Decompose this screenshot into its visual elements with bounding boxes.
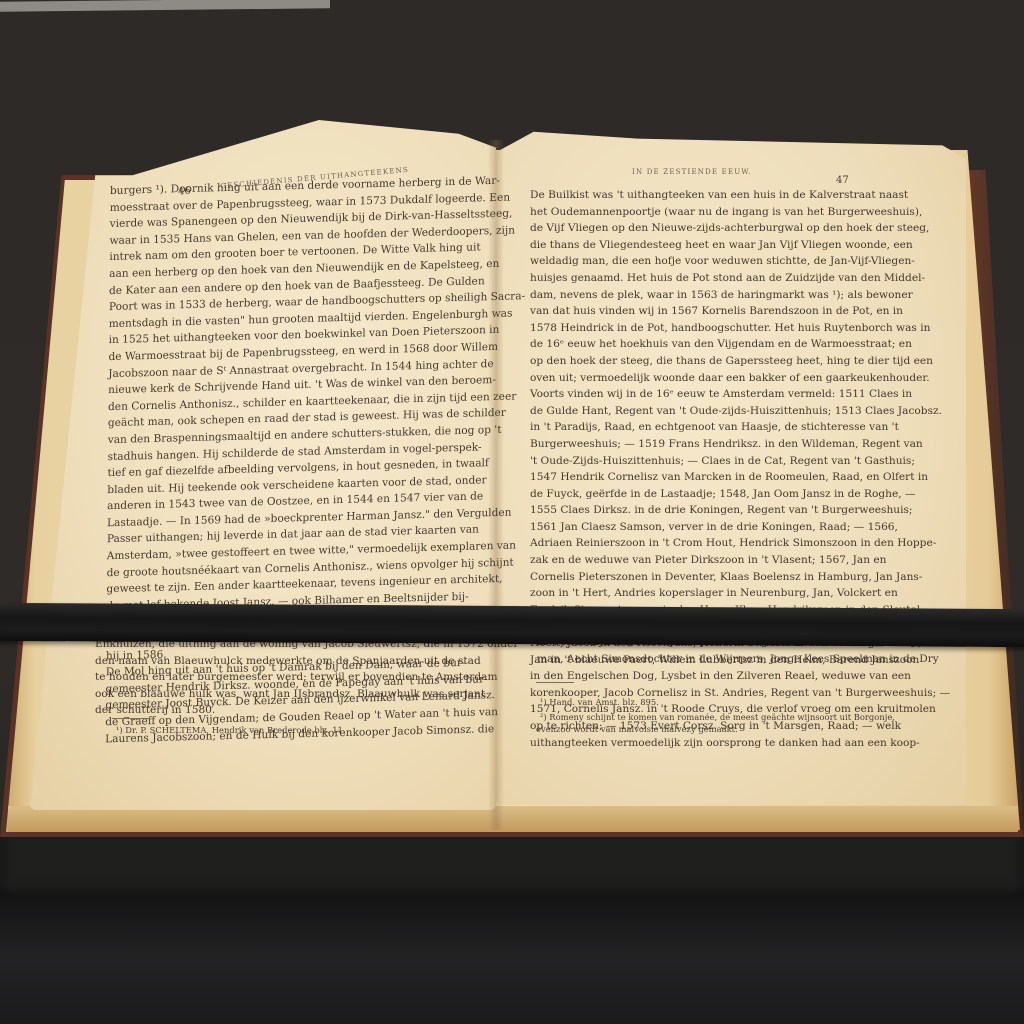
right-footnote-3: evenzoo wordt van malvoisie malvezy gema… [536, 723, 738, 736]
left-footnote: ¹) Dr. P. SCHELTEMA, Hendrik van Bredero… [116, 724, 346, 737]
right-footnote-1: ¹) Hand. van Amst. blz. 895. [540, 696, 659, 709]
left-body-text-below-band: Enkhuizen, die uithing aan de woning van… [95, 636, 485, 719]
text-line: oven uit; vermoedelijk woonde daar een b… [530, 370, 920, 387]
text-line: de 16ᵉ eeuw het hoekhuis van den Vijgend… [530, 336, 920, 353]
text-line: den naam van Blaeuwhulck medewerkte om d… [95, 653, 485, 670]
text-line: de Vijf Vliegen op den Nieuwe-zijds-acht… [530, 220, 920, 237]
text-line: Cornelis Pieterszonen in Deventer, Klaas… [530, 569, 920, 586]
text-line: te houden en later burgemeester werd; te… [95, 669, 485, 686]
table-surface [0, 896, 1024, 1024]
text-line: Burgerweeshuis; — 1519 Frans Hendriksz. … [530, 436, 920, 453]
right-running-head: IN DE ZESTIENDE EEUW. [632, 168, 752, 176]
text-line: man, Aecht Simonsdochter in de Wijnpers,… [537, 651, 927, 668]
text-line: zak en de weduwe van Pieter Dirkszoon in… [530, 552, 920, 569]
left-footnote-rule [112, 718, 150, 719]
text-line: de Gulde Hant, Regent van 't Oude-zijds-… [530, 403, 920, 420]
text-line: der schutterij in 1580. [95, 702, 485, 719]
text-line: huisjes genaamd. Het huis de Pot stond a… [530, 270, 920, 287]
text-line: de Fuyck, geërfde in de Lastaadje; 1548,… [530, 486, 920, 503]
text-line: 1561 Jan Claesz Samson, verver in de dri… [530, 519, 920, 536]
text-line: 't Oude-Zijds-Huiszittenhuis; — Claes in… [530, 453, 920, 470]
text-line: weldadig man, die een hofje voor weduwen… [530, 253, 920, 270]
text-line: dam, nevens de plek, waar in 1563 de har… [530, 287, 920, 304]
text-line: ook een blaauwe hulk was, want Jan IJsbr… [95, 686, 485, 703]
text-line: Voorts vinden wij in de 16ᵉ eeuw te Amst… [530, 386, 920, 403]
text-line: 1578 Heindrick in de Pot, handboogschutt… [530, 320, 920, 337]
right-footnote-rule [536, 682, 574, 683]
text-line: in den Engelschen Dog, Lysbet in den Zil… [530, 668, 920, 685]
text-line: 1547 Hendrik Cornelisz van Marcken in de… [530, 469, 920, 486]
text-line: van dat huis vinden wij in 1567 Kornelis… [530, 303, 920, 320]
text-line: het Oudemannenpoortje (waar nu de ingang… [530, 204, 920, 221]
text-line: 1555 Claes Dirksz. in de drie Koningen, … [530, 502, 920, 519]
background-wall-strip [0, 0, 330, 12]
table-front-edge [0, 832, 1024, 900]
text-line: in 't Paradijs, Raad, en echtgenoot van … [530, 419, 920, 436]
text-line: op den hoek der steeg, die thans de Gape… [530, 353, 920, 370]
text-line: zoon in 't Hert, Andries koperslager in … [530, 585, 920, 602]
text-line: uithangteeken vermoedelijk zijn oorspron… [530, 735, 920, 752]
text-line: De Builkist was 't uithangteeken van een… [530, 187, 920, 204]
text-line: die thans de Vliegendesteeg heet en waar… [530, 237, 920, 254]
elastic-band [0, 603, 1024, 647]
text-line: Adriaen Reinierszoon in 't Crom Hout, He… [530, 535, 920, 552]
right-page-number: 47 [836, 175, 849, 186]
